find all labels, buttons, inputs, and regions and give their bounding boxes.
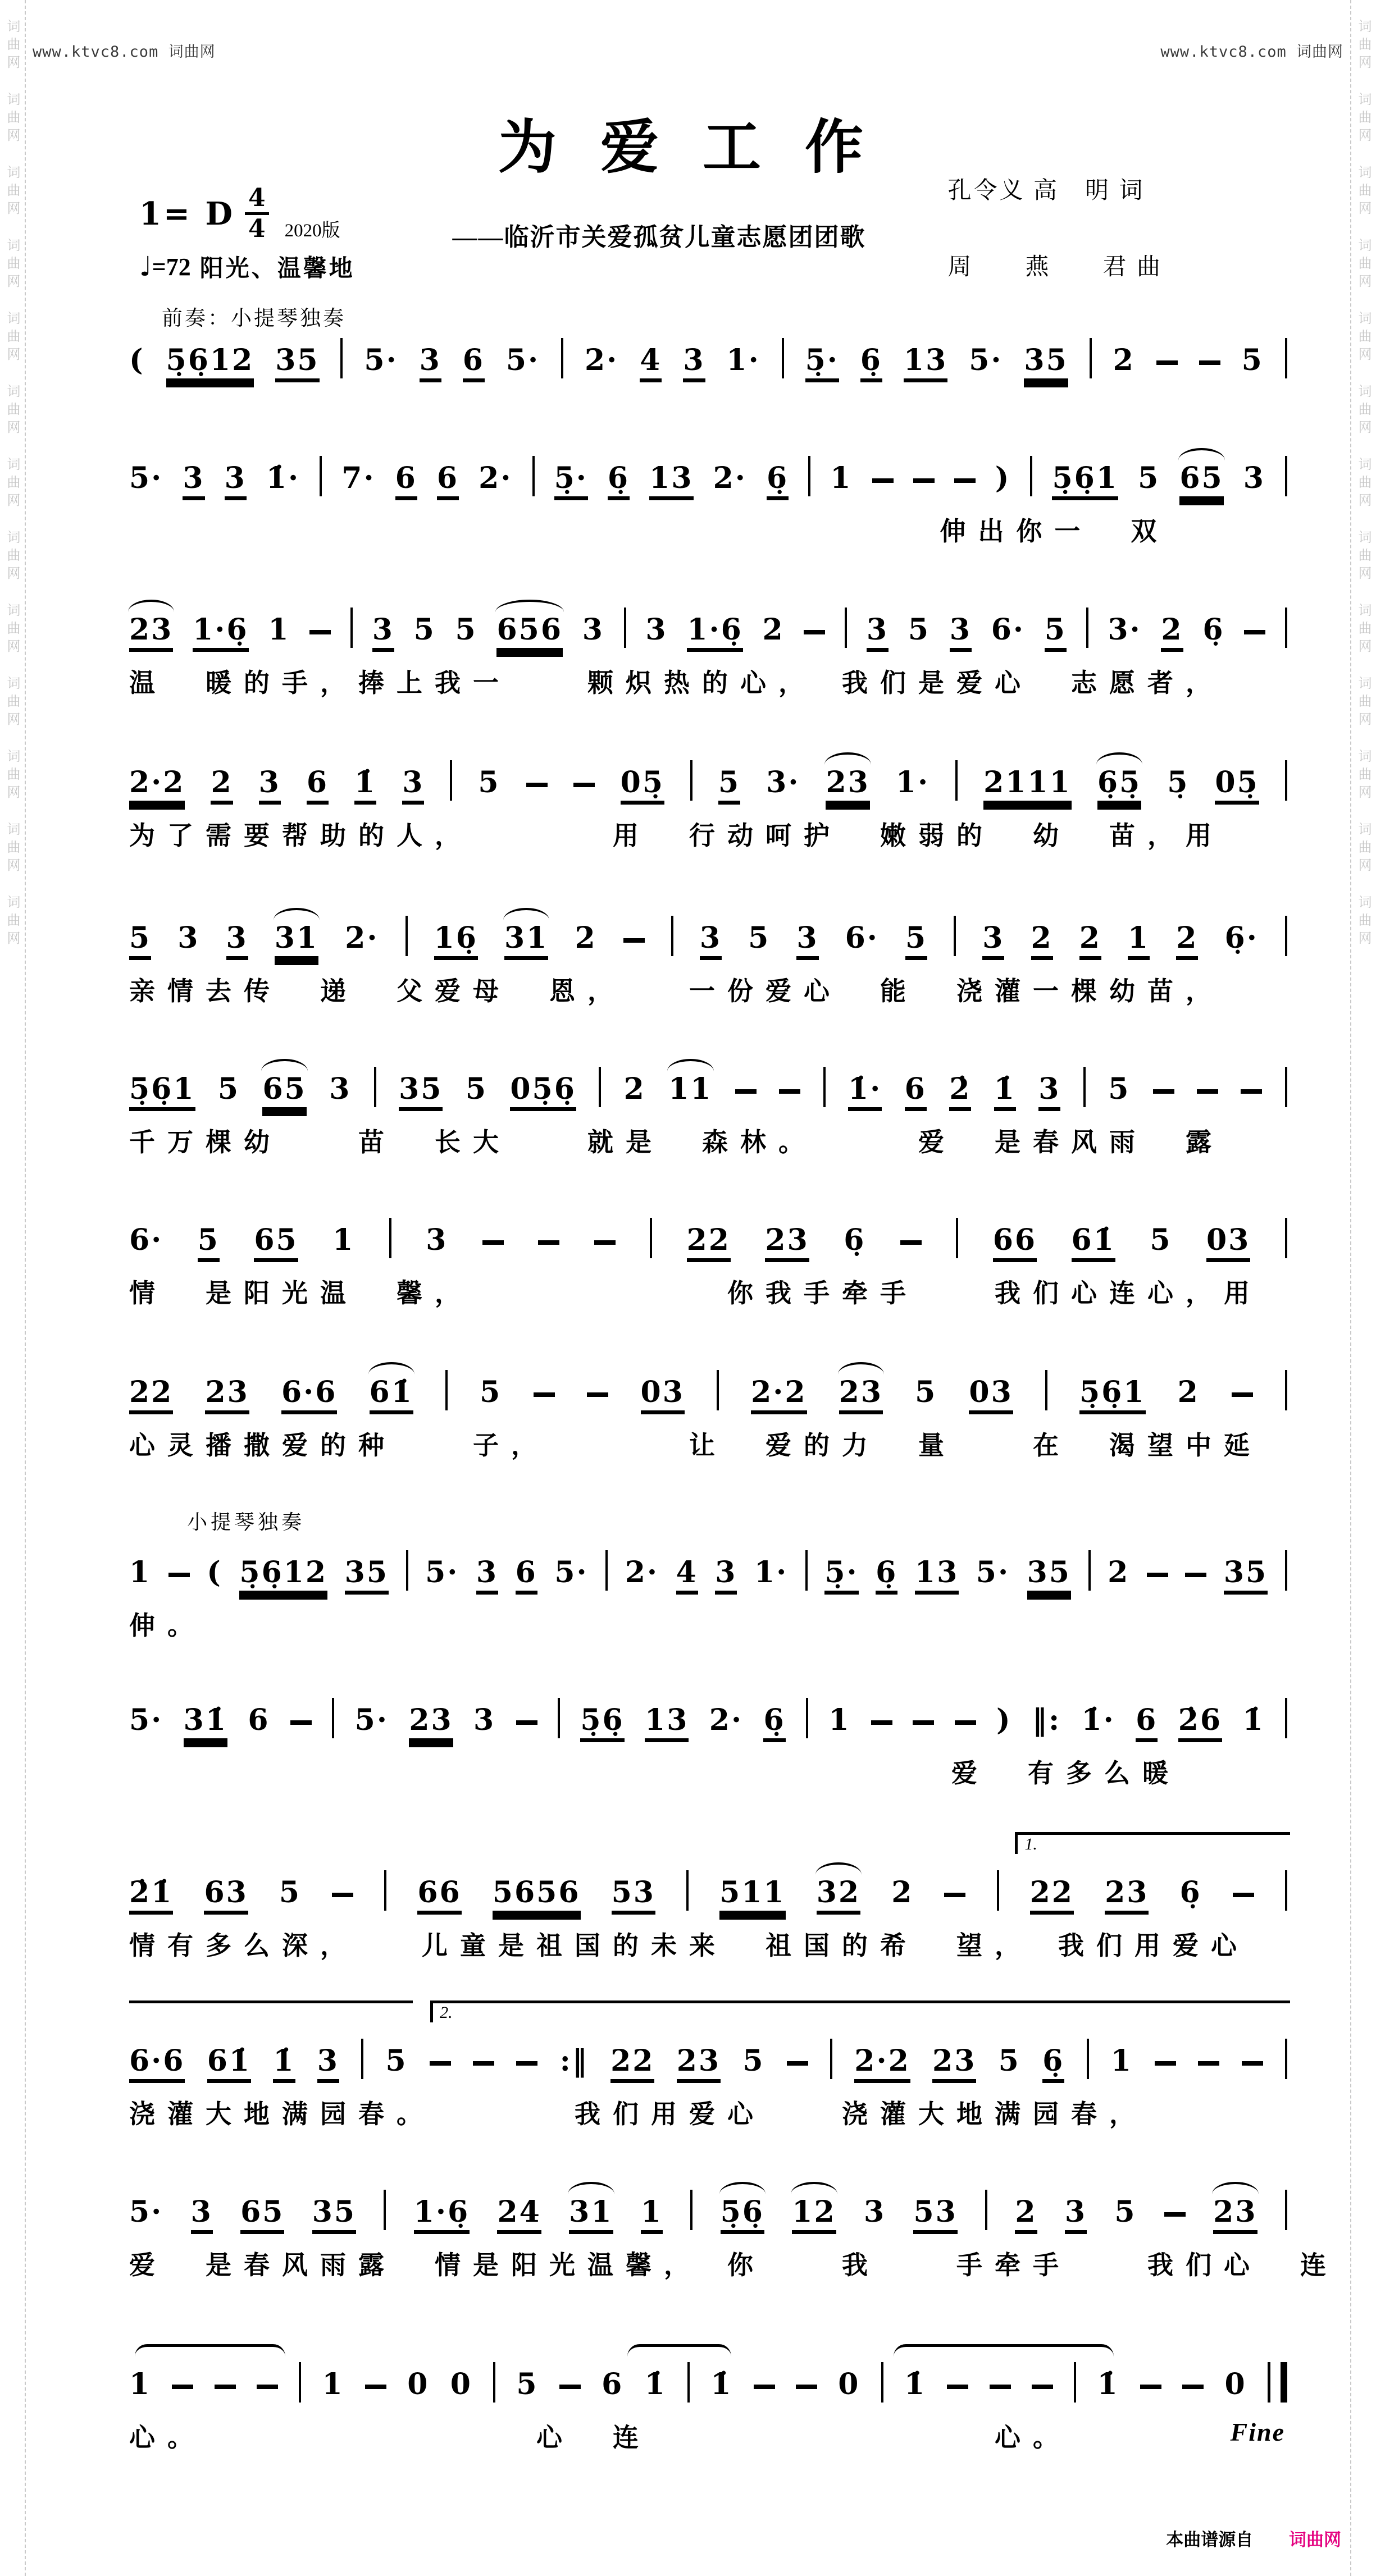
meter-numerator: 4 — [245, 185, 269, 215]
music-system: (5̣6̣12355·365·2·431·5̣·6̣135·3525 — [129, 337, 1287, 378]
barline — [955, 760, 958, 801]
note-group: 2111 — [983, 765, 1072, 801]
notation-line: 231·6̣1355656331·6̣23536·53·26̣ — [129, 606, 1287, 648]
note-group: 4 — [676, 1555, 698, 1591]
lyrics-line: 伸。 — [129, 1605, 1287, 1642]
note-group: 3 — [796, 920, 818, 956]
note-group: 11 — [668, 1071, 712, 1107]
barline — [1285, 456, 1287, 496]
composer-line: 周 燕 君 曲 — [947, 254, 1163, 280]
side-watermark-text: 词曲网 — [1351, 895, 1376, 949]
note-group: 1 — [268, 612, 290, 648]
page-title: 为 爱 工 作 — [0, 100, 1376, 184]
volta-label: 2. — [440, 2003, 453, 2022]
note-group: 2 — [1178, 1374, 1200, 1410]
note-group: ) — [995, 460, 1011, 496]
note-group: 5 — [718, 765, 740, 801]
note-group: 31 — [569, 2194, 613, 2230]
duration-dash — [900, 1240, 922, 1245]
note-group: 22 — [129, 1374, 173, 1410]
lyrics-line: 伸出你一 双 — [129, 511, 1287, 548]
barline — [690, 760, 692, 801]
note-group: 3 — [426, 1222, 448, 1258]
duration-dash — [754, 2385, 775, 2389]
duration-dash — [804, 630, 825, 634]
note-group: 2 — [1161, 612, 1183, 648]
barline — [320, 456, 322, 496]
note-group: 3 — [1038, 1071, 1060, 1107]
barline — [406, 1550, 408, 1591]
duration-dash — [332, 1893, 353, 1897]
lyrics-line: 千万棵幼 苗 长大 就是 森林。 爱 是春风雨 露 — [129, 1122, 1287, 1159]
side-watermark-text: 词曲网 — [0, 676, 25, 730]
duration-dash — [172, 2385, 193, 2389]
note-group: 24 — [497, 2194, 541, 2230]
note-group: 5· — [554, 1555, 588, 1591]
note-group: 6̣5̣ — [1097, 765, 1141, 801]
note-group: 2· — [709, 1702, 743, 1738]
duration-dash — [473, 2061, 494, 2066]
note-group: 5 — [279, 1875, 301, 1911]
time-signature: 4 4 — [245, 185, 269, 242]
barline — [624, 608, 626, 648]
barline — [1285, 1550, 1287, 1591]
note-group: 23 — [1213, 2194, 1257, 2230]
side-watermark-text: 词曲网 — [1351, 603, 1376, 657]
note-group: 3 — [683, 342, 705, 378]
note-group: 2 — [891, 1875, 913, 1911]
note-group: 3 — [177, 920, 199, 956]
note-group: 5 — [478, 765, 500, 801]
side-watermark-text: 词曲网 — [1351, 311, 1376, 365]
note-group: 0 — [1225, 2367, 1247, 2403]
barline — [1090, 338, 1092, 378]
barline — [881, 2362, 883, 2403]
note-group: 23 — [839, 1374, 883, 1410]
duration-dash — [1199, 360, 1220, 365]
duration-dash — [430, 2061, 451, 2066]
note-group: 5 — [1045, 612, 1067, 648]
footer-prefix: 本曲谱源自 — [1166, 2530, 1253, 2550]
duration-dash — [482, 1240, 504, 1245]
note-group: 13 — [915, 1555, 959, 1591]
notation-line: 1100561̇1̇01̇1̇0 — [129, 2361, 1287, 2403]
barline — [1285, 2039, 1287, 2079]
note-group: 6 — [395, 460, 417, 496]
duration-dash — [526, 783, 548, 787]
side-watermark-text: 词曲网 — [1351, 384, 1376, 438]
note-group: 35 — [1224, 1555, 1268, 1591]
note-group: 1 — [332, 1222, 354, 1258]
lyrics-line: 为了需要帮助的人， 用 行动呵护 嫩弱的 幼 苗，用 — [129, 815, 1287, 852]
note-group: 1 — [641, 2194, 663, 2230]
note-group: 5̣6̣ — [580, 1702, 624, 1738]
lyrics-line: 情有多么深， 儿童是祖国的未来 祖国的希 望， 我们用爱心 — [129, 1925, 1287, 1962]
duration-dash — [871, 1720, 892, 1725]
note-group: 63 — [204, 1875, 248, 1911]
notation-line: 1(5̣6̣12355·365·2·431·5̣·6̣135·35235 — [129, 1549, 1287, 1591]
barline — [1083, 1067, 1086, 1107]
music-system: 5̣6̣1565335505̣6̣2111̇·62̇1̇35千万棵幼 苗 长大 … — [129, 1066, 1287, 1107]
fine-label: Fine — [1231, 2417, 1285, 2447]
side-watermark-text: 词曲网 — [1351, 19, 1376, 73]
note-group: 23 — [409, 1702, 453, 1738]
lyrics-line: 情 是阳光温 馨， 你我手牵手 我们心连心，用 — [129, 1273, 1287, 1310]
note-group: 6 — [307, 765, 329, 801]
side-watermark-text: 词曲网 — [0, 238, 25, 292]
note-group: 3· — [1108, 612, 1141, 648]
note-group: 0 — [407, 2367, 429, 2403]
note-group: 5̣6̣1 — [129, 1071, 195, 1107]
note-group: 4 — [640, 342, 662, 378]
top-right-watermark: www.ktvc8.com 词曲网 — [1160, 39, 1343, 61]
note-group: 5656 — [493, 1875, 581, 1911]
barline — [956, 1218, 958, 1258]
duration-dash — [1147, 1573, 1168, 1577]
side-watermark-text: 词曲网 — [1351, 238, 1376, 292]
barline — [806, 1698, 808, 1738]
note-group: 66 — [993, 1222, 1037, 1258]
note-group: 0 — [450, 2367, 472, 2403]
note-group: 3 — [864, 2194, 886, 2230]
note-group: 6· — [845, 920, 879, 956]
music-system: 231·6̣1355656331·6̣23536·53·26̣温 暖的手，捧上我… — [129, 606, 1287, 648]
note-group: 22 — [610, 2043, 654, 2079]
note-group: 61̇ — [207, 2043, 251, 2079]
barline — [690, 2190, 692, 2230]
barline — [650, 1218, 652, 1258]
volta-label: 1. — [1024, 1835, 1037, 1854]
barline — [561, 338, 563, 378]
note-group: 1̇· — [848, 1071, 882, 1107]
note-group: 6̣ — [860, 342, 882, 378]
barline — [450, 760, 452, 801]
subtitle: ——临沂市关爱孤贫儿童志愿团团歌 — [452, 217, 865, 253]
note-group: 3 — [329, 1071, 351, 1107]
note-group: 2 — [624, 1071, 646, 1107]
side-watermark-text: 词曲网 — [1351, 530, 1376, 584]
note-group: 5 — [455, 612, 477, 648]
note-group: 3 — [317, 2043, 339, 2079]
note-group: 3 — [1065, 2194, 1087, 2230]
duration-dash — [1156, 360, 1178, 365]
note-group: 1· — [896, 765, 930, 801]
note-group: 3 — [700, 920, 722, 956]
barline — [805, 1550, 808, 1591]
note-group: 6̣ — [1202, 612, 1224, 648]
duration-dash — [1155, 2061, 1176, 2066]
note-group: 6 — [248, 1702, 270, 1738]
note-group: 65 — [262, 1071, 306, 1107]
note-group: 35 — [275, 342, 319, 378]
side-watermark-text: 词曲网 — [1351, 457, 1376, 511]
note-group: 22 — [1030, 1875, 1074, 1911]
note-group: 2· — [713, 460, 747, 496]
note-group: 61̇ — [370, 1374, 413, 1410]
duration-dash — [1233, 1893, 1254, 1897]
duration-dash — [1244, 630, 1265, 634]
notation-line: 2·22361̇3505̣53·231·21116̣5̣5̣05̣ — [129, 759, 1287, 801]
note-group: 1̇ — [710, 2367, 732, 2403]
music-system: 1.2̇1̇6356656565351132222236̣情有多么深， 儿童是祖… — [129, 1869, 1287, 1911]
duration-dash — [516, 2061, 537, 2066]
note-group: 5 — [466, 1071, 487, 1107]
note-group: ( — [129, 342, 145, 378]
left-edge-watermark-rail: 词曲网词曲网词曲网词曲网词曲网词曲网词曲网词曲网词曲网词曲网词曲网词曲网词曲网 — [0, 0, 26, 2576]
barline — [332, 1698, 334, 1738]
note-group: 5 — [198, 1222, 220, 1258]
duration-dash — [594, 1240, 616, 1245]
volta-bracket — [129, 2000, 413, 2022]
notation-line: 5·31̇65·2335̣6̣132·6̣1)‖:1̇·62̇61̇ — [129, 1697, 1287, 1738]
lyrics-line: 浇灌大地满园春。 我们用爱心 浇灌大地满园春， — [129, 2094, 1287, 2131]
note-group: 5 — [1138, 460, 1160, 496]
note-group: 6̣ — [767, 460, 789, 496]
note-group: ( — [207, 1555, 222, 1591]
note-group: 32 — [817, 1875, 860, 1911]
duration-dash — [735, 1089, 757, 1094]
barline — [1285, 1698, 1287, 1738]
note-group: 03 — [641, 1374, 685, 1410]
duration-dash — [1241, 1089, 1262, 1094]
note-group: 1 — [1111, 2043, 1133, 2079]
barline — [1045, 1370, 1047, 1410]
note-group: 13 — [649, 460, 693, 496]
music-system: 6·5651322236̣6661̇503情 是阳光温 馨， 你我手牵手 我们心… — [129, 1217, 1287, 1258]
quarter-note-icon: ♩ — [139, 251, 152, 282]
duration-dash — [913, 1720, 934, 1725]
note-group: 2 — [1079, 920, 1101, 956]
note-group: 6 — [1136, 1702, 1158, 1738]
barline — [1285, 338, 1287, 378]
note-group: 13 — [904, 342, 947, 378]
expression-label: 阳光、温馨地 — [200, 250, 355, 284]
note-group: 2· — [345, 920, 379, 956]
note-group: 5 — [908, 612, 930, 648]
note-group: 1̇· — [1082, 1702, 1115, 1738]
note-group: 6 — [463, 342, 485, 378]
barline — [340, 338, 343, 378]
note-group: 2·2 — [751, 1374, 807, 1410]
note-group: 1 — [129, 1555, 151, 1591]
note-group: 5 — [480, 1374, 502, 1410]
barline — [1285, 1067, 1287, 1107]
barline — [1285, 1370, 1287, 1410]
note-group: 5· — [976, 1555, 1010, 1591]
note-group: 3· — [766, 765, 800, 801]
side-watermark-text: 词曲网 — [0, 603, 25, 657]
duration-dash — [1197, 1089, 1218, 1094]
note-group: 05̣6̣ — [510, 1071, 576, 1107]
note-group: 23 — [1105, 1875, 1149, 1911]
note-group: 3 — [226, 920, 248, 956]
note-group: 1̇ — [273, 2043, 295, 2079]
music-system: 2·22361̇3505̣53·231·21116̣5̣5̣05̣为了需要帮助的… — [129, 759, 1287, 801]
note-group: 5· — [969, 342, 1003, 378]
barline — [782, 338, 784, 378]
note-group: 0 — [838, 2367, 860, 2403]
note-group: 3 — [402, 765, 424, 801]
note-group: 5̣6̣12 — [166, 342, 254, 378]
barline — [1285, 1218, 1287, 1258]
note-group: 61̇ — [1072, 1222, 1115, 1258]
duration-dash — [290, 1720, 312, 1725]
duration-dash — [559, 2385, 581, 2389]
music-system: 1100561̇1̇01̇1̇0心。 心 连 心。Fine — [129, 2361, 1287, 2403]
note-group: 31̇ — [184, 1702, 227, 1738]
duration-dash — [947, 2385, 968, 2389]
lyricist-line: 孔令义 高 明 词 — [947, 178, 1145, 204]
note-group: 5· — [129, 1702, 163, 1738]
duration-dash — [215, 2385, 236, 2389]
side-watermark-text: 词曲网 — [1351, 676, 1376, 730]
music-system: 533312·16̣3123536·5322126̣·亲情去传 递 父爱母 恩，… — [129, 915, 1287, 956]
note-group: 5 — [905, 920, 927, 956]
duration-dash — [796, 2385, 817, 2389]
notation-line: 5·331̇·7·662·5̣·6̣132·6̣1)5̣6̣15653 — [129, 455, 1287, 496]
barline — [384, 1870, 386, 1911]
note-group: 2 — [763, 612, 785, 648]
note-group: 6̣ — [876, 1555, 897, 1591]
lyrics-line: 心灵播撒爱的种 子， 让 爱的力 量 在 渴望中延 — [129, 1425, 1287, 1462]
edition-label: 2020版 — [285, 216, 340, 242]
barline — [1074, 2362, 1076, 2403]
note-group: 2 — [1176, 920, 1198, 956]
note-group: 5 — [999, 2043, 1020, 2079]
note-group: 5 — [516, 2367, 538, 2403]
tie-arc — [894, 2344, 1114, 2360]
duration-dash — [1032, 2385, 1053, 2389]
note-group: 5 — [748, 920, 770, 956]
note-group: 1 — [828, 1702, 850, 1738]
note-group: 3 — [372, 612, 394, 648]
note-group: 6 — [516, 1555, 537, 1591]
note-group: 2· — [585, 342, 618, 378]
barline — [954, 916, 956, 956]
barline — [405, 916, 408, 956]
final-barline — [1268, 2362, 1287, 2403]
lyrics-line: 亲情去传 递 父爱母 恩， 一份爱心 能 浇灌一棵幼苗， — [129, 971, 1287, 1008]
note-group: 3 — [950, 612, 972, 648]
barline — [1087, 2039, 1089, 2079]
duration-dash — [1164, 2212, 1186, 2217]
duration-dash — [1242, 2061, 1263, 2066]
tie-arc — [627, 2344, 732, 2360]
note-group: 2· — [479, 460, 512, 496]
side-watermark-text: 词曲网 — [1351, 822, 1376, 876]
volta-bracket: 1. — [1015, 1832, 1290, 1854]
note-group: 2· — [625, 1555, 659, 1591]
duration-dash — [516, 1720, 537, 1725]
top-left-watermark: www.ktvc8.com 词曲网 — [33, 39, 216, 61]
note-group: 53 — [612, 1875, 655, 1911]
duration-dash — [587, 1392, 608, 1397]
system-label: 小提琴独奏 — [187, 1506, 305, 1535]
key-meter-line: 1= D 4 4 2020版 — [139, 185, 355, 242]
duration-dash — [779, 1089, 800, 1094]
intro-label: 前奏：小提琴独奏 — [162, 301, 346, 331]
note-group: 7· — [341, 460, 375, 496]
note-group: 3 — [1243, 460, 1265, 496]
music-system: 5·331̇·7·662·5̣·6̣132·6̣1)5̣6̣15653伸出你一 … — [129, 455, 1287, 496]
side-watermark-text: 词曲网 — [0, 457, 25, 511]
note-group: 3 — [259, 765, 281, 801]
note-group: 1 — [322, 2367, 344, 2403]
note-group: 5̣6̣1 — [1052, 460, 1118, 496]
duration-dash — [534, 1392, 555, 1397]
note-group: 66 — [417, 1875, 461, 1911]
barline — [389, 1218, 391, 1258]
note-group: 1̇ — [1097, 2367, 1119, 2403]
side-watermark-text: 词曲网 — [1351, 749, 1376, 803]
notation-line: 6·5651322236̣6661̇503 — [129, 1217, 1287, 1258]
note-group: 65 — [240, 2194, 284, 2230]
music-system: 5·31̇65·2335̣6̣132·6̣1)‖:1̇·62̇61̇爱 有多么暖 — [129, 1697, 1287, 1738]
note-group: 3 — [982, 920, 1004, 956]
note-group: 03 — [969, 1374, 1013, 1410]
note-group: 5· — [129, 2194, 163, 2230]
duration-dash — [913, 478, 935, 483]
barline — [1030, 456, 1032, 496]
note-group: 13 — [645, 1702, 689, 1738]
footer-brand: 词曲网 — [1289, 2530, 1341, 2550]
barline — [1285, 916, 1287, 956]
note-group: 2·2 — [129, 765, 185, 801]
note-group: 22 — [687, 1222, 731, 1258]
duration-dash — [623, 938, 645, 943]
note-group: 5 — [414, 612, 436, 648]
duration-dash — [787, 2061, 808, 2066]
barline — [532, 456, 535, 496]
note-group: 35 — [345, 1555, 389, 1591]
note-group: 5̣6̣ — [721, 2194, 764, 2230]
barline — [299, 2362, 301, 2403]
note-group: 1̇ — [904, 2367, 926, 2403]
note-group: 3 — [473, 1702, 495, 1738]
note-group: 23 — [129, 612, 173, 648]
note-group: 1̇ — [994, 1071, 1016, 1107]
barline — [823, 1067, 826, 1107]
barline — [1088, 1550, 1091, 1591]
note-group: 6·6 — [281, 1374, 337, 1410]
key-signature-block: 1= D 4 4 2020版 ♩ =72 阳光、温馨地 — [139, 185, 355, 284]
note-group: 3 — [225, 460, 247, 496]
note-group: 6̣· — [1225, 920, 1259, 956]
note-group: 35 — [1027, 1555, 1071, 1591]
tempo-value: =72 — [152, 253, 191, 281]
note-group: 6̣ — [844, 1222, 865, 1258]
note-group: 5̣· — [805, 342, 839, 378]
note-group: 1 — [1128, 920, 1150, 956]
barline — [1285, 1870, 1287, 1911]
note-group: 23 — [826, 765, 869, 801]
side-watermark-text: 词曲网 — [0, 19, 25, 73]
barline — [361, 2039, 363, 2079]
note-group: 2 — [1108, 1555, 1129, 1591]
note-group: ‖: — [1032, 1702, 1061, 1738]
duration-dash — [1182, 2385, 1204, 2389]
side-watermark-text: 词曲网 — [0, 311, 25, 365]
note-group: 6 — [437, 460, 459, 496]
barline — [384, 2190, 386, 2230]
footer-credit: 本曲谱源自 词曲网 — [1166, 2525, 1341, 2551]
duration-dash — [1198, 2061, 1219, 2066]
duration-dash — [309, 630, 331, 634]
duration-dash — [1185, 1573, 1206, 1577]
note-group: 2 — [1031, 920, 1053, 956]
barline — [350, 608, 353, 648]
note-group: 31 — [504, 920, 548, 956]
